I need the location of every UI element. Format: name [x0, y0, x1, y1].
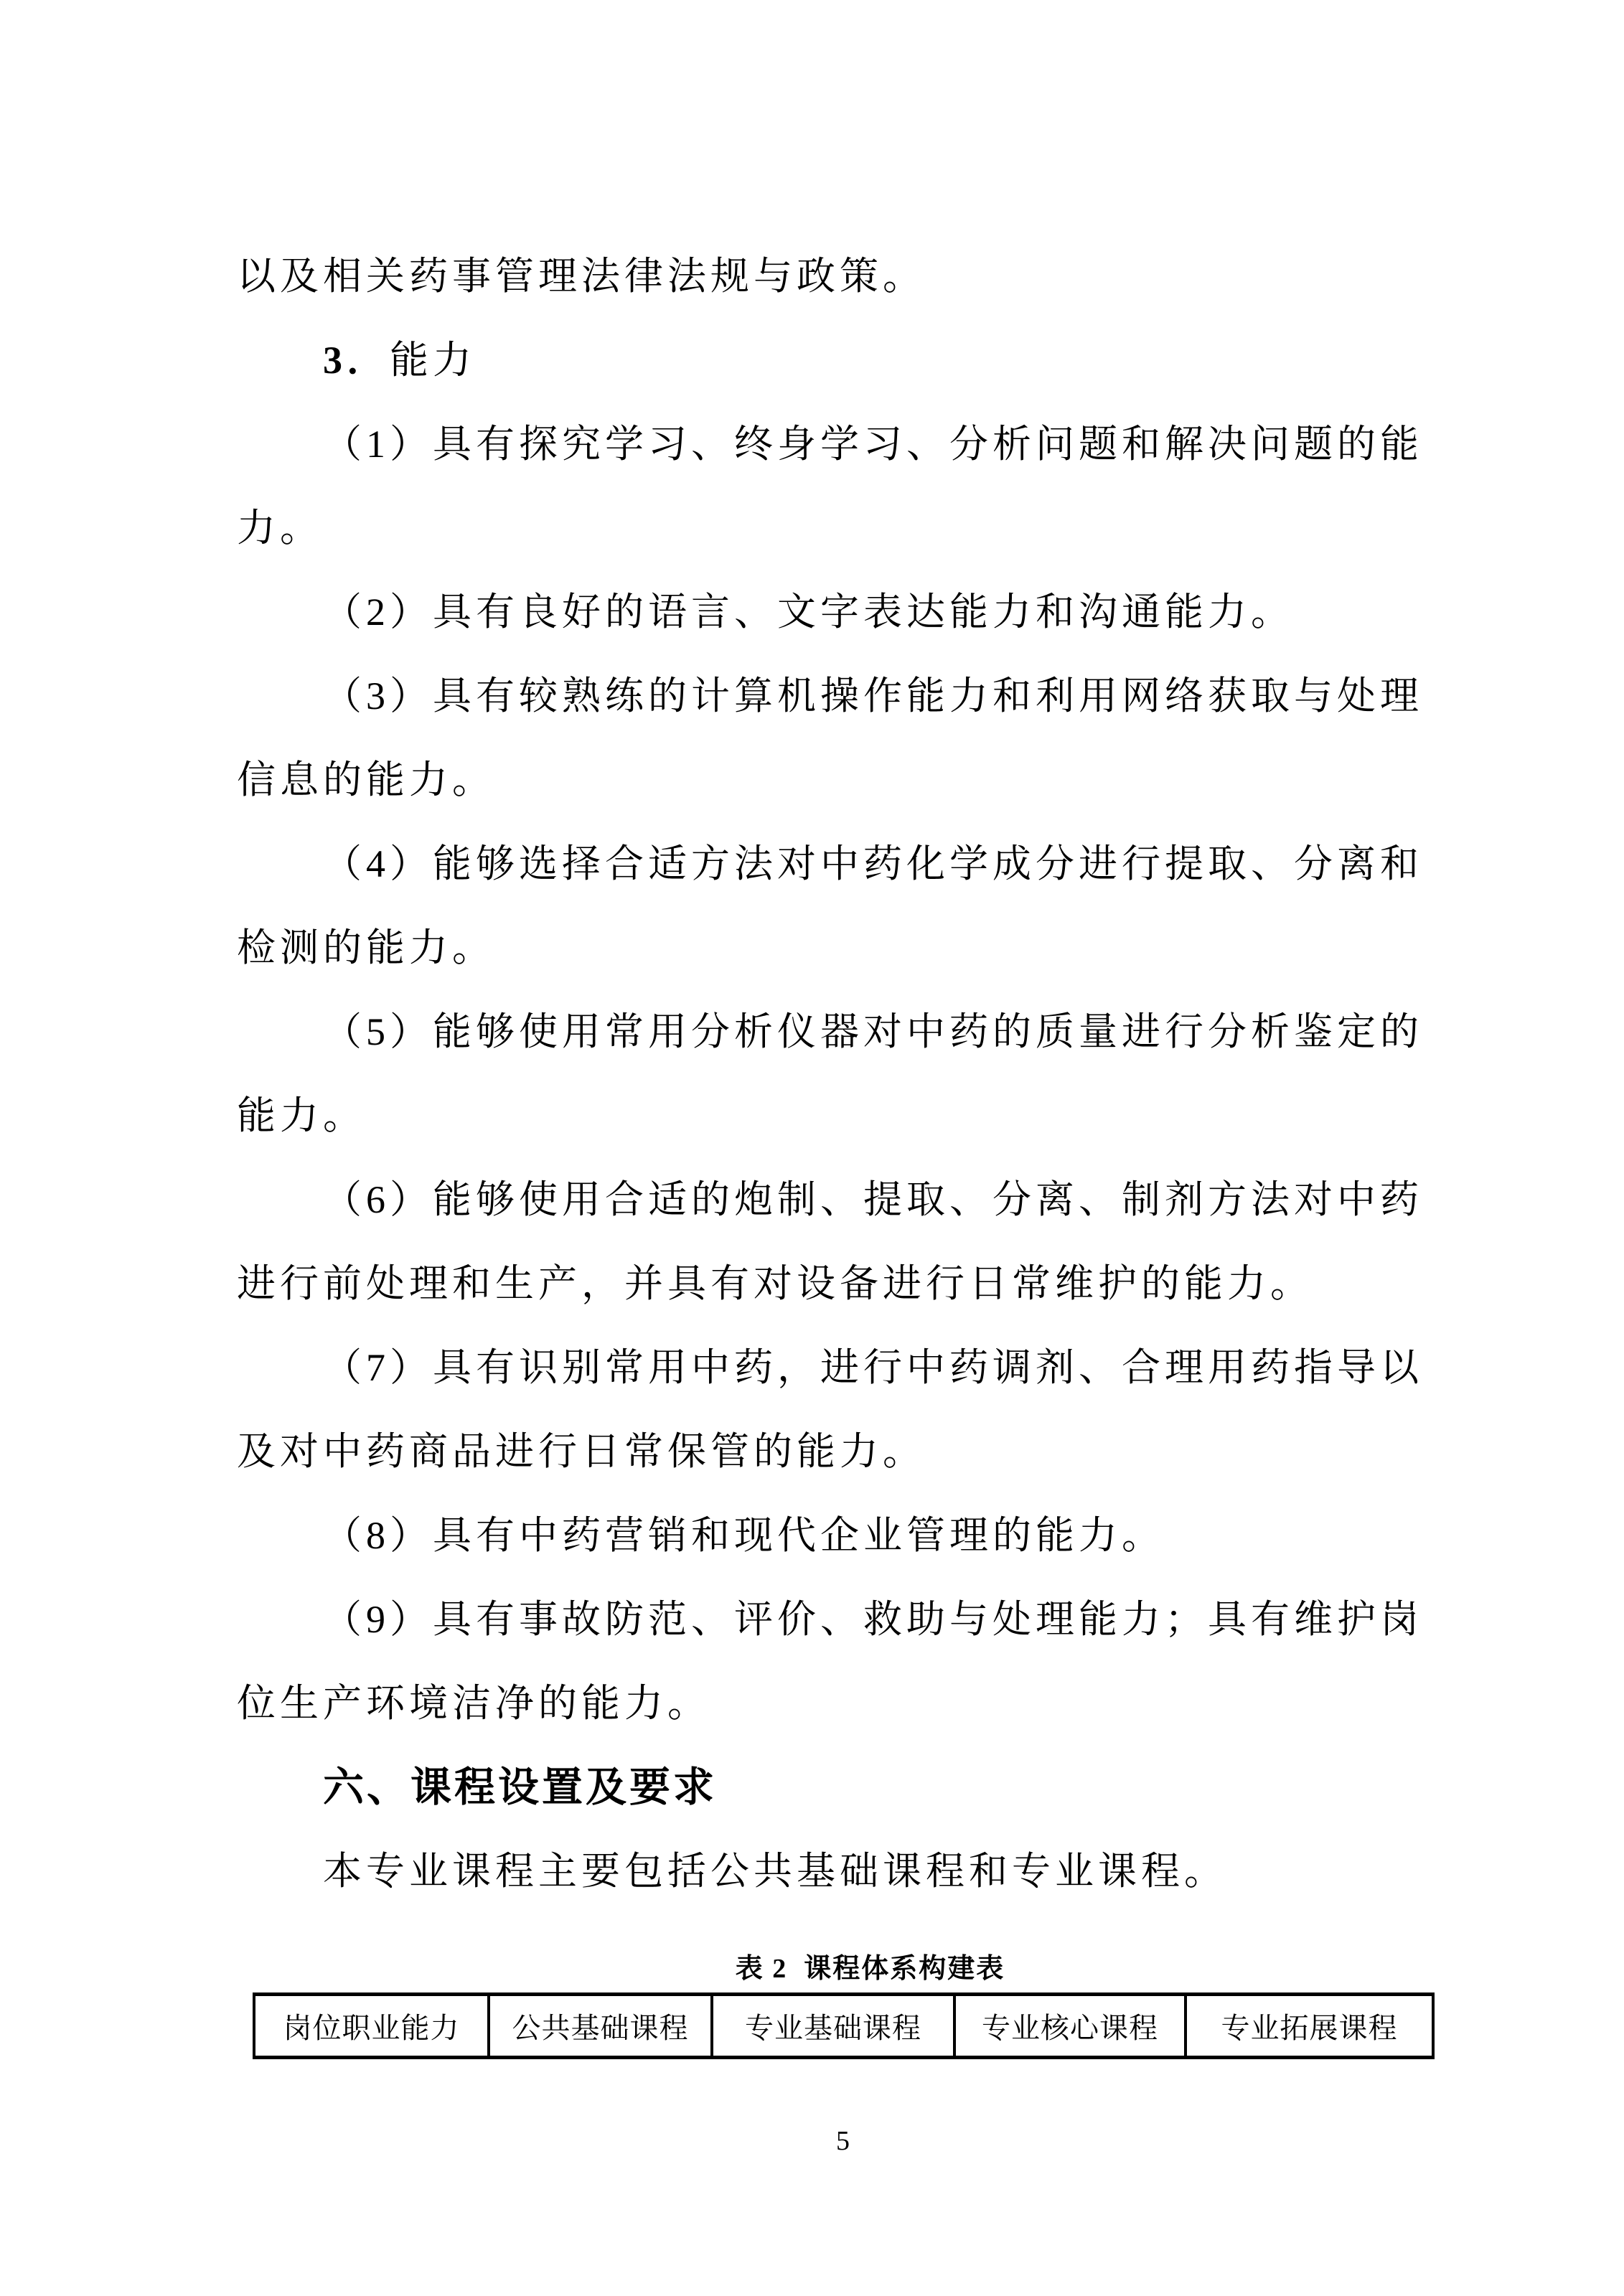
body-line: （1）具有探究学习、终身学习、分析问题和解决问题的能 [237, 403, 1450, 486]
body-line: （5）能够使用常用分析仪器对中药的质量进行分析鉴定的 [237, 990, 1450, 1074]
table-header-cell: 专业拓展课程 [1186, 1995, 1433, 2058]
body-line: 检测的能力。 [237, 906, 1450, 990]
body-line: 以及相关药事管理法律法规与政策。 [237, 235, 1450, 319]
body-line: 力。 [237, 486, 1450, 570]
numbered-subheading: 3．能力 [237, 319, 1450, 403]
body-line: （7）具有识别常用中药，进行中药调剂、合理用药指导以 [237, 1326, 1450, 1410]
body-line: 信息的能力。 [237, 738, 1450, 822]
table-header-cell: 公共基础课程 [489, 1995, 712, 2058]
table-header-cell: 岗位职业能力 [254, 1995, 489, 2058]
table-header-cell: 专业基础课程 [712, 1995, 954, 2058]
body-line: 及对中药商品进行日常保管的能力。 [237, 1410, 1450, 1494]
body-line: 本专业课程主要包括公共基础课程和专业课程。 [237, 1830, 1450, 1914]
table-header-row: 岗位职业能力 公共基础课程 专业基础课程 专业核心课程 专业拓展课程 [254, 1995, 1433, 2058]
body-line: （2）具有良好的语言、文字表达能力和沟通能力。 [237, 570, 1450, 654]
body-line: 位生产环境洁净的能力。 [237, 1662, 1450, 1746]
subheading-number: 3． [323, 339, 390, 382]
section-heading: 六、课程设置及要求 [237, 1746, 1450, 1830]
body-line: 进行前处理和生产，并具有对设备进行日常维护的能力。 [237, 1242, 1450, 1326]
page-number: 5 [253, 2125, 1433, 2157]
body-line: （9）具有事故防范、评价、救助与处理能力；具有维护岗 [237, 1578, 1450, 1662]
subheading-title: 能力 [390, 339, 476, 382]
text-block: 以及相关药事管理法律法规与政策。 3．能力 （1）具有探究学习、终身学习、分析问… [237, 235, 1450, 1914]
document-page: 以及相关药事管理法律法规与政策。 3．能力 （1）具有探究学习、终身学习、分析问… [0, 0, 1624, 2296]
body-line: （3）具有较熟练的计算机操作能力和利用网络获取与处理 [237, 654, 1450, 738]
curriculum-table: 岗位职业能力 公共基础课程 专业基础课程 专业核心课程 专业拓展课程 [253, 1992, 1435, 2059]
table-caption: 表 2 课程体系构建表 [280, 1946, 1460, 1985]
body-line: （6）能够使用合适的炮制、提取、分离、制剂方法对中药 [237, 1158, 1450, 1242]
table-header-cell: 专业核心课程 [954, 1995, 1186, 2058]
body-line: （4）能够选择合适方法对中药化学成分进行提取、分离和 [237, 822, 1450, 906]
body-line: （8）具有中药营销和现代企业管理的能力。 [237, 1494, 1450, 1578]
body-line: 能力。 [237, 1074, 1450, 1158]
